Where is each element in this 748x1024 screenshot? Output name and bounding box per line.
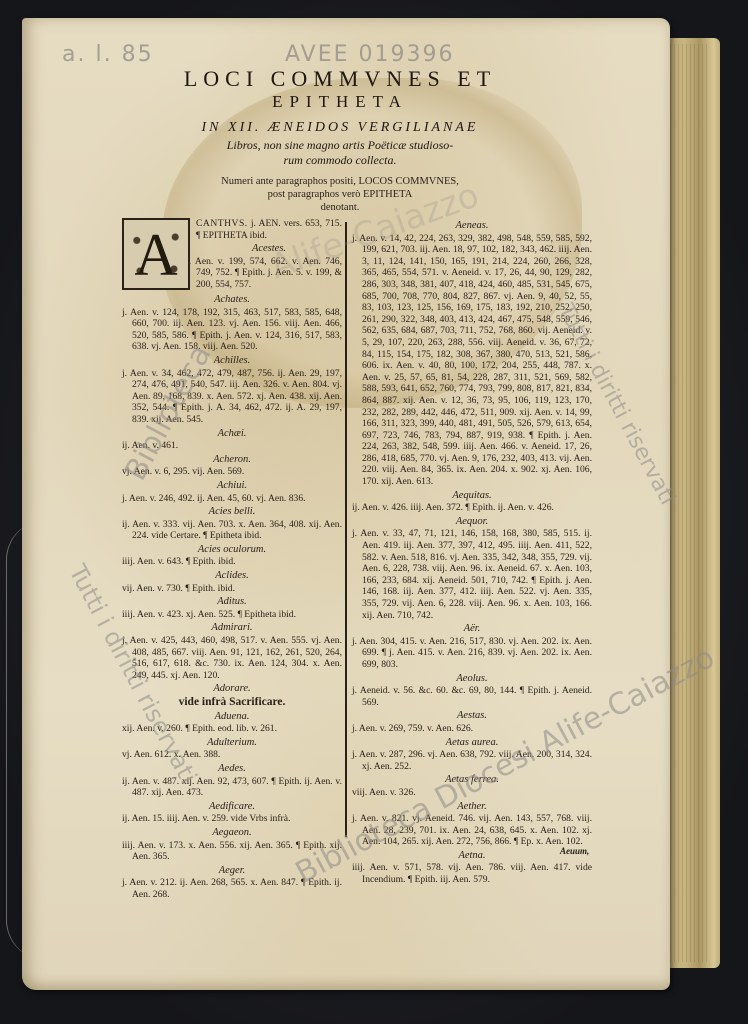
entry-text: j. Aeneid. v. 56. &c. 60. &c. 69, 80, 14… xyxy=(352,685,592,708)
headword: Aeolus. xyxy=(352,673,592,685)
column-divider xyxy=(345,222,347,837)
decorated-initial: A xyxy=(122,218,190,290)
entry-text: ij. Aen. 15. iiij. Aen. v. 259. vide Vrb… xyxy=(122,813,342,825)
entry-text: j. Aen. v. 33, 47, 71, 121, 146, 158, 16… xyxy=(352,528,592,621)
library-stamp-number: AVEE 019396 xyxy=(285,42,454,67)
headword: Aedificare. xyxy=(122,801,342,813)
entry-text: iiij. Aen. v. 571, 578. vij. Aen. 786. v… xyxy=(352,862,592,885)
entry-text: j. Aen. v. 425, 443, 460, 498, 517. v. A… xyxy=(122,635,342,681)
subtitle: IN XII. ÆNEIDOS VERGILIANAE xyxy=(150,120,530,136)
entry-text: ij. Aen. v. 426. iiij. Aen. 372. ¶ Epith… xyxy=(352,502,592,514)
headword: Achiui. xyxy=(122,480,342,492)
entry-text: ij. Aen. v. 487. xij. Aen. 92, 473, 607.… xyxy=(122,776,342,799)
entry-text: vj. Aen. 612. x. Aen. 388. xyxy=(122,749,342,761)
intro-lead: CANTHVS. xyxy=(196,218,248,229)
initial-letter: A xyxy=(124,220,188,288)
headword: Aedes. xyxy=(122,763,342,775)
headword: Aequor. xyxy=(352,516,592,528)
headword: Aër. xyxy=(352,623,592,635)
page-content: a. l. 85 AVEE 019396 LOCI COMMVNES ET EP… xyxy=(0,0,748,1024)
headword: Acies belli. xyxy=(122,506,342,518)
left-column: A CANTHVS. j. AEN. vers. 653, 715. ¶ EPI… xyxy=(122,218,342,901)
page-title-line2: EPITHETA xyxy=(150,92,530,112)
headword: Aegaeon. xyxy=(122,827,342,839)
subtitle-line2: Libros, non sine magno artis Poëticæ stu… xyxy=(150,138,530,153)
headword: Achilles. xyxy=(122,355,342,367)
entry-text: ij. Aen. v. 333. vij. Aen. 703. x. Aen. … xyxy=(122,519,342,542)
entry-text: vij. Aen. v. 730. ¶ Epith. ibid. xyxy=(122,583,342,595)
manuscript-shelfmark: a. l. 85 xyxy=(62,42,154,67)
headword: Admirari. xyxy=(122,622,342,634)
headword: Acies oculorum. xyxy=(122,544,342,556)
headword: Aclides. xyxy=(122,570,342,582)
entry-text: j. Aen. v. 124, 178, 192, 315, 463, 517,… xyxy=(122,307,342,353)
entry-text: iiij. Aen. v. 423. xj. Aen. 525. ¶ Epith… xyxy=(122,609,342,621)
headword: Achates. xyxy=(122,294,342,306)
headword: Aequitas. xyxy=(352,490,592,502)
entry-text: j. Aen. v. 14, 42, 224, 263, 329, 382, 4… xyxy=(352,233,592,488)
entry-text: iiij. Aen. v. 643. ¶ Epith. ibid. xyxy=(122,556,342,568)
page-title: LOCI COMMVNES ET xyxy=(150,66,530,92)
entry-text: j. Aen. v. 246, 492. ij. Aen. 45, 60. vj… xyxy=(122,493,342,505)
headword: Aetna. xyxy=(352,850,592,862)
subtitle-continued: Libros, non sine magno artis Poëticæ stu… xyxy=(150,138,530,168)
catchword: Aeuum, xyxy=(560,846,589,856)
subtitle-line3: rum commodo collecta. xyxy=(150,153,530,168)
entry-text: j. Aen. 304, 415. v. Aen. 216, 517, 830.… xyxy=(352,636,592,671)
headword: Aditus. xyxy=(122,596,342,608)
